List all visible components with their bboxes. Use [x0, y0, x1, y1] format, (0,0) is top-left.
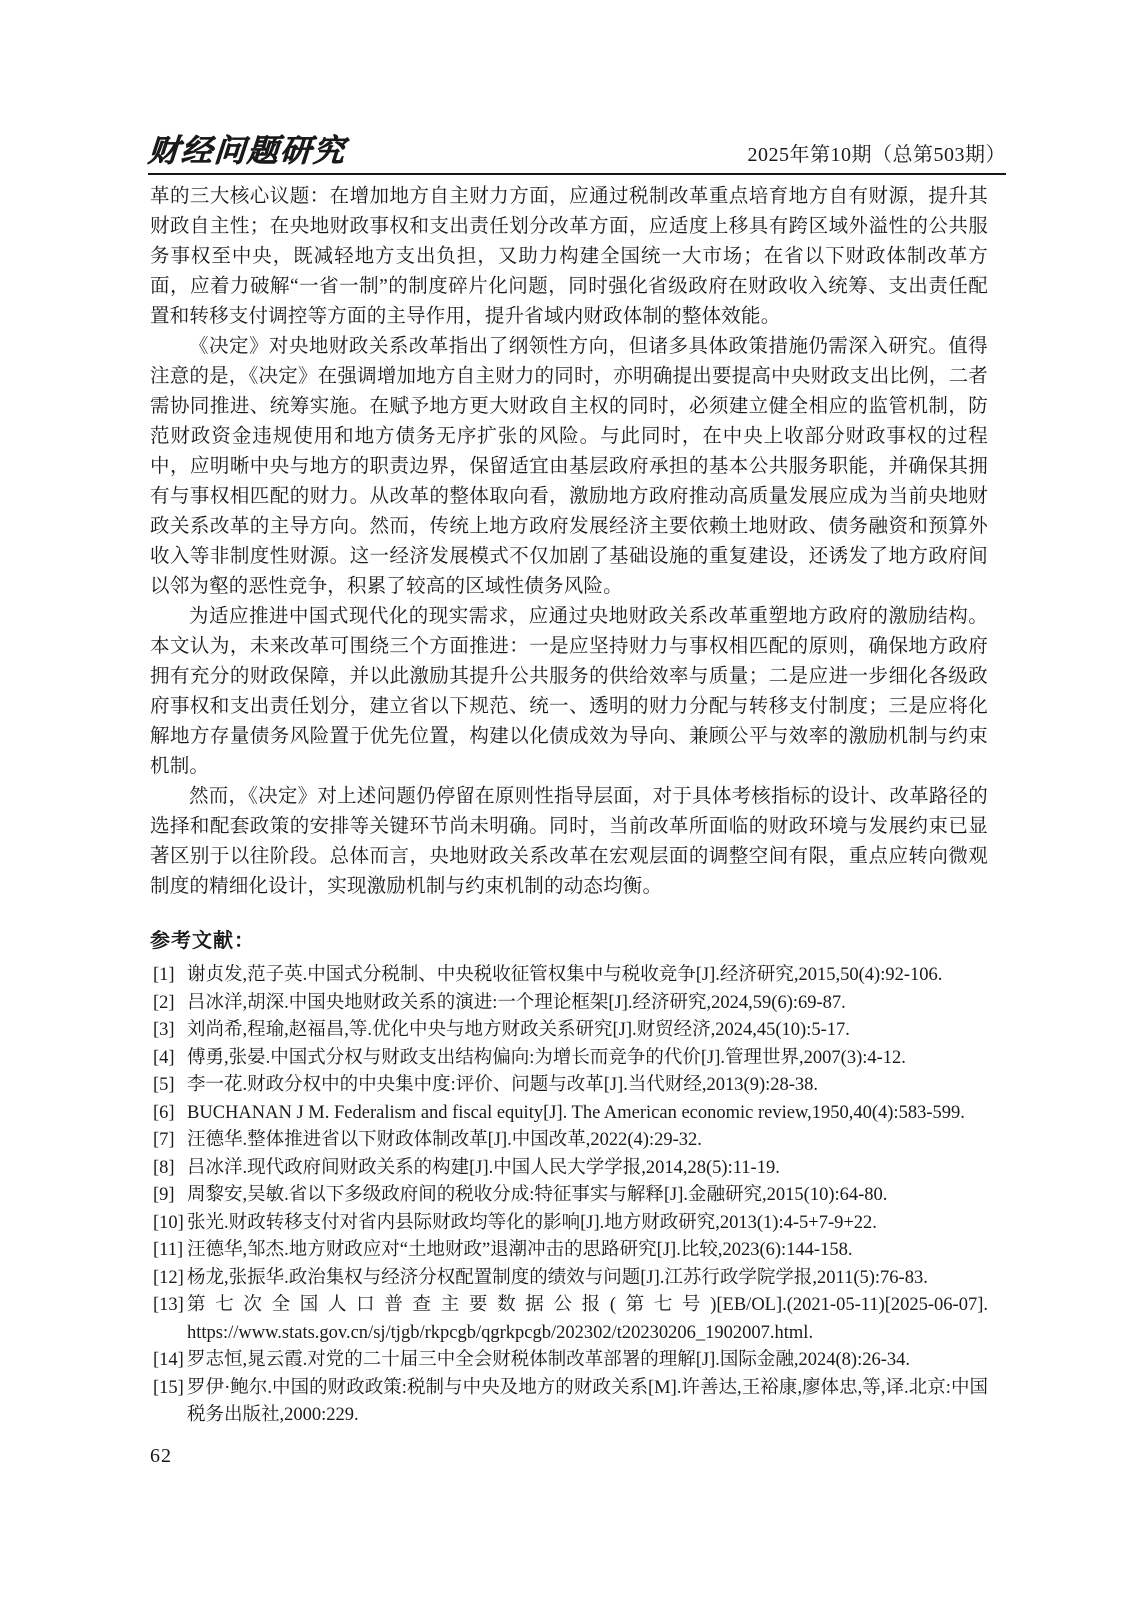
reference-text: 傅勇,张晏.中国式分权与财政支出结构偏向:为增长而竞争的代价[J].管理世界,2… — [187, 1048, 906, 1068]
paragraph: 革的三大核心议题：在增加地方自主财力方面，应通过税制改革重点培育地方自有财源，提… — [150, 182, 988, 332]
reference-text: 吕冰洋,胡深.中国央地财政关系的演进:一个理论框架[J].经济研究,2024,5… — [187, 993, 846, 1013]
paragraph: 《决定》对央地财政关系改革指出了纲领性方向，但诸多具体政策措施仍需深入研究。值得… — [150, 332, 988, 602]
page-header: 财经问题研究 2025年第10期（总第503期） — [148, 130, 1006, 175]
reference-label: [13] — [153, 1292, 184, 1320]
issue-info: 2025年第10期（总第503期） — [748, 142, 1007, 168]
reference-text: 汪德华,邹杰.地方财政应对“土地财政”退潮冲击的思路研究[J].比较,2023(… — [187, 1240, 852, 1260]
reference-item: [11]汪德华,邹杰.地方财政应对“土地财政”退潮冲击的思路研究[J].比较,2… — [150, 1237, 988, 1265]
reference-text: 吕冰洋.现代政府间财政关系的构建[J].中国人民大学学报,2014,28(5):… — [187, 1158, 780, 1178]
paragraph: 然而，《决定》对上述问题仍停留在原则性指导层面，对于具体考核指标的设计、改革路径… — [150, 782, 988, 902]
reference-label: [2] — [153, 990, 175, 1018]
reference-item: [5]李一花.财政分权中的中央集中度:评价、问题与改革[J].当代财经,2013… — [150, 1072, 988, 1100]
reference-item: [13]第七次全国人口普查主要数据公报(第七号)[EB/OL].(2021-05… — [150, 1292, 988, 1347]
reference-text: 杨龙,张振华.政治集权与经济分权配置制度的绩效与问题[J].江苏行政学院学报,2… — [187, 1268, 928, 1288]
reference-label: [14] — [153, 1347, 184, 1375]
paragraph: 为适应推进中国式现代化的现实需求，应通过央地财政关系改革重塑地方政府的激励结构。… — [150, 602, 988, 782]
reference-text: 罗志恒,晁云霞.对党的二十届三中全会财税体制改革部署的理解[J].国际金融,20… — [187, 1350, 910, 1370]
reference-text: 第七次全国人口普查主要数据公报(第七号)[EB/OL].(2021-05-11)… — [187, 1295, 988, 1343]
reference-label: [10] — [153, 1210, 184, 1238]
reference-text: BUCHANAN J M. Federalism and fiscal equi… — [187, 1103, 965, 1123]
reference-item: [6]BUCHANAN J M. Federalism and fiscal e… — [150, 1100, 988, 1128]
reference-text: 刘尚希,程瑜,赵福昌,等.优化中央与地方财政关系研究[J].财贸经济,2024,… — [187, 1020, 850, 1040]
reference-text: 谢贞发,范子英.中国式分税制、中央税收征管权集中与税收竞争[J].经济研究,20… — [187, 965, 942, 985]
reference-label: [4] — [153, 1045, 175, 1073]
journal-page: 财经问题研究 2025年第10期（总第503期） 革的三大核心议题：在增加地方自… — [0, 0, 1140, 1600]
reference-label: [6] — [153, 1100, 175, 1128]
reference-item: [3]刘尚希,程瑜,赵福昌,等.优化中央与地方财政关系研究[J].财贸经济,20… — [150, 1017, 988, 1045]
reference-label: [5] — [153, 1072, 175, 1100]
reference-label: [12] — [153, 1265, 184, 1293]
reference-item: [7]汪德华.整体推进省以下财政体制改革[J].中国改革,2022(4):29-… — [150, 1127, 988, 1155]
references-heading: 参考文献： — [150, 924, 988, 953]
reference-item: [8]吕冰洋.现代政府间财政关系的构建[J].中国人民大学学报,2014,28(… — [150, 1155, 988, 1183]
reference-label: [7] — [153, 1127, 175, 1155]
reference-item: [2]吕冰洋,胡深.中国央地财政关系的演进:一个理论框架[J].经济研究,202… — [150, 990, 988, 1018]
reference-item: [1]谢贞发,范子英.中国式分税制、中央税收征管权集中与税收竞争[J].经济研究… — [150, 962, 988, 990]
reference-item: [4]傅勇,张晏.中国式分权与财政支出结构偏向:为增长而竞争的代价[J].管理世… — [150, 1045, 988, 1073]
reference-item: [10]张光.财政转移支付对省内县际财政均等化的影响[J].地方财政研究,201… — [150, 1210, 988, 1238]
references-list: [1]谢贞发,范子英.中国式分税制、中央税收征管权集中与税收竞争[J].经济研究… — [150, 962, 988, 1430]
reference-label: [15] — [153, 1375, 184, 1403]
reference-label: [8] — [153, 1155, 175, 1183]
journal-logo: 财经问题研究 — [147, 134, 347, 168]
reference-item: [15]罗伊·鲍尔.中国的财政政策:税制与中央及地方的财政关系[M].许善达,王… — [150, 1375, 988, 1430]
reference-item: [12]杨龙,张振华.政治集权与经济分权配置制度的绩效与问题[J].江苏行政学院… — [150, 1265, 988, 1293]
reference-text: 李一花.财政分权中的中央集中度:评价、问题与改革[J].当代财经,2013(9)… — [187, 1075, 818, 1095]
reference-label: [11] — [153, 1237, 183, 1265]
article-body: 革的三大核心议题：在增加地方自主财力方面，应通过税制改革重点培育地方自有财源，提… — [150, 182, 988, 1468]
reference-text: 张光.财政转移支付对省内县际财政均等化的影响[J].地方财政研究,2013(1)… — [187, 1213, 877, 1233]
page-number: 62 — [150, 1445, 988, 1468]
reference-text: 汪德华.整体推进省以下财政体制改革[J].中国改革,2022(4):29-32. — [187, 1130, 702, 1150]
reference-item: [9]周黎安,吴敏.省以下多级政府间的税收分成:特征事实与解释[J].金融研究,… — [150, 1182, 988, 1210]
reference-text: 罗伊·鲍尔.中国的财政政策:税制与中央及地方的财政关系[M].许善达,王裕康,廖… — [187, 1378, 988, 1426]
reference-text: 周黎安,吴敏.省以下多级政府间的税收分成:特征事实与解释[J].金融研究,201… — [187, 1185, 887, 1205]
reference-label: [9] — [153, 1182, 175, 1210]
reference-label: [3] — [153, 1017, 175, 1045]
reference-label: [1] — [153, 962, 175, 990]
reference-item: [14]罗志恒,晁云霞.对党的二十届三中全会财税体制改革部署的理解[J].国际金… — [150, 1347, 988, 1375]
